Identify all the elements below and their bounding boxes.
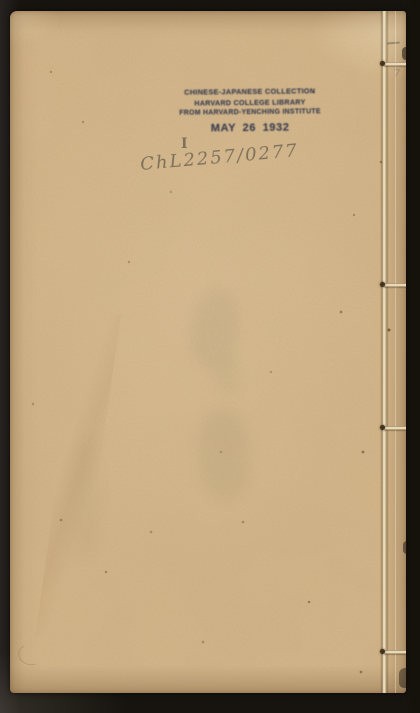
edge-wear-chip [399, 668, 407, 688]
corner-small-mark: 7 [392, 67, 401, 81]
stitch-hole [380, 61, 385, 66]
binding-thread-vertical [382, 11, 387, 693]
scan-background: CHINESE-JAPANESE COLLECTION HARVARD COLL… [0, 0, 420, 713]
call-number: ChL2257/0277 [139, 140, 299, 175]
edge-wear-chip [402, 47, 407, 60]
stitch-hole [380, 282, 385, 287]
show-through-smudge [70, 441, 100, 561]
binding-stitch [384, 283, 406, 287]
edge-wear-chip [403, 541, 407, 554]
binding-stitch [384, 426, 406, 430]
show-through-smudge [195, 407, 253, 502]
stamp-date: MAY 26 1932 [130, 120, 370, 135]
stitch-hole [380, 649, 385, 654]
stamp-line-3: FROM HARVARD-YENCHING INSTITUTE [130, 107, 370, 120]
stitch-hole [380, 425, 385, 430]
pencil-scribble [15, 641, 44, 668]
spine-crease-line [395, 11, 396, 693]
binding-stitch [384, 62, 406, 66]
book-cover: CHINESE-JAPANESE COLLECTION HARVARD COLL… [10, 11, 406, 693]
binding-stitch [384, 650, 406, 654]
show-through-smudge [215, 356, 241, 396]
library-stamp: CHINESE-JAPANESE COLLECTION HARVARD COLL… [130, 86, 370, 135]
corner-tally-dash [387, 42, 400, 45]
foxing-speckles [10, 11, 12, 13]
